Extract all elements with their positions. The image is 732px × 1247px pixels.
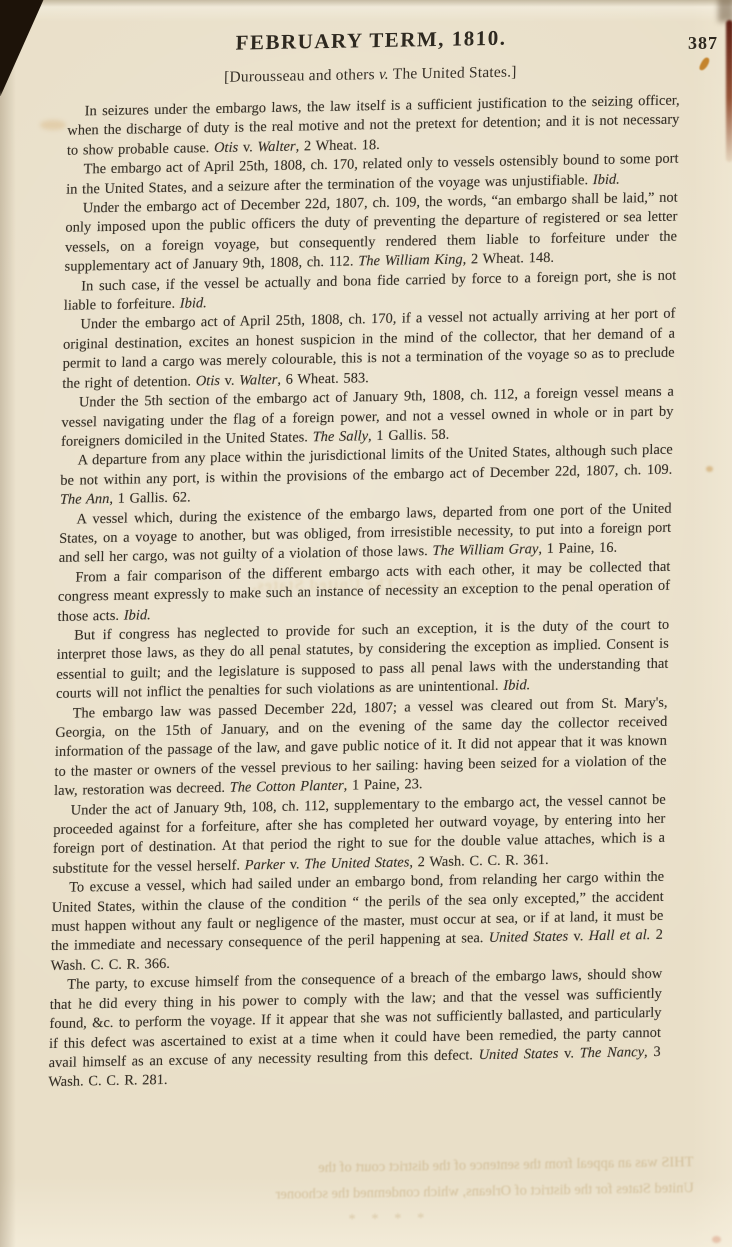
paragraph: But if congress has neglected to provide… [56,616,670,705]
text-run: , 1 Gallis. 62. [109,490,191,507]
italic-case-name: The United States [304,854,410,872]
binding-edge-stain [726,20,732,162]
text-run: v. [558,1045,580,1061]
italic-case-name: The Ann [60,491,110,508]
paragraph: The party, to excuse himself from the co… [48,965,662,1093]
case-caption: [Durousseau and others v. The United Sta… [50,60,690,90]
paragraph: To excuse a vessel, which had sailed und… [50,868,664,976]
italic-case-name: Hall et al. [589,927,651,944]
paragraph: A vessel which, during the existence of … [59,499,672,568]
text-run: , 1 Paine, 23. [344,776,423,793]
italic-case-name: Parker [245,857,286,874]
text-run: v. [568,929,589,945]
italic-case-name: v. [379,66,389,83]
italic-case-name: United States [479,1046,559,1063]
italic-case-name: The Cotton Planter [230,778,344,796]
foxing-spot [706,466,713,472]
paragraph: Under the embargo act of April 25th, 180… [62,305,676,394]
text-run: v. [238,139,258,155]
italic-case-name: Ibid. [180,295,207,312]
text-run: , 2 Wheat. 18. [296,137,380,155]
italic-case-name: Otis [214,139,239,155]
paragraph: Under the embargo act of December 22d, 1… [64,189,678,278]
text-run: , 2 Wash. C. C. R. 361. [409,852,549,871]
italic-case-name: The Nancy [580,1044,645,1061]
page-number: 387 [688,33,718,54]
text-run: , 1 Gallis. 58. [368,427,450,444]
text-run: , 6 Wheat. 583. [277,370,369,388]
italic-case-name: Walter [257,138,295,155]
italic-case-name: Ibid. [593,171,620,188]
text-run: , 1 Paine, 16. [538,540,617,557]
text-run: The United States.] [389,63,517,82]
page-content: FEBRUARY TERM, 1810. [Durousseau and oth… [30,0,692,1093]
italic-case-name: The William Gray [432,541,538,559]
scanned-book-page: Alligator v. The United States. THIS was… [0,0,732,1247]
italic-case-name: Otis [196,373,221,389]
scan-corner-shadow [0,0,47,96]
italic-case-name: Ibid. [503,677,530,694]
italic-case-name: Ibid. [124,607,151,624]
italic-case-name: The Sally [313,428,369,445]
paragraph: Under the act of January 9th, 108, ch. 1… [52,790,666,879]
foxing-spot [712,1236,721,1243]
foxing-spot [40,120,66,130]
scan-corner-smudge [718,0,732,22]
italic-case-name: United States [489,929,569,946]
text-run: But if congress has neglected to provide… [56,617,669,702]
text-run: v. [220,372,240,388]
text-run: v. [285,856,305,872]
bleed-through-bottom: THIS was an appeal from the sentence of … [71,1149,694,1237]
ink-fleck [698,56,710,72]
text-run: , 2 Wheat. 148. [462,250,554,268]
text-run: [Durousseau and others [224,66,379,86]
paragraph: The embargo law was passed December 22d,… [54,693,668,801]
italic-case-name: The William King [358,252,463,270]
body-paragraphs: In seizures under the embargo laws, the … [30,91,690,1093]
term-header: FEBRUARY TERM, 1810. [51,22,692,59]
italic-case-name: Walter [239,372,277,389]
